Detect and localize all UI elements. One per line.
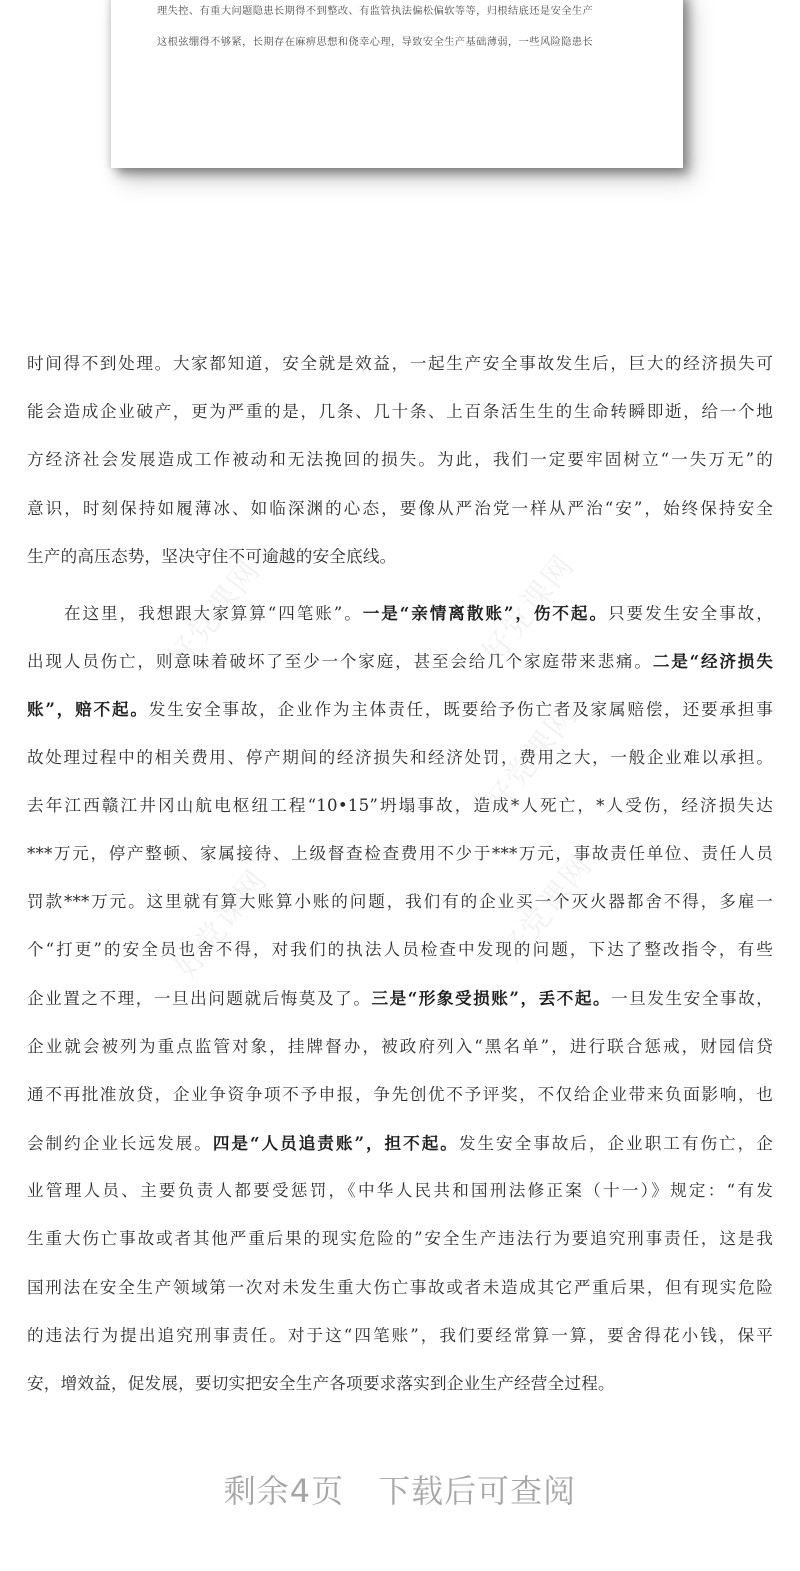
preview-text-line: 这根弦绷得不够紧，长期存在麻痹思想和侥幸心理，导致安全生产基础薄弱，一些风险隐患… (157, 36, 641, 50)
text-line: 安，增效益，促发展，要切实把安全生产各项要求落实到企业生产经营全过程。 (27, 1360, 773, 1408)
body-text: 业管理人员、主要负责人都要受惩罚，《中华人民共和国刑法修正案（十一）》规定：“有… (27, 1181, 773, 1200)
body-text: 时间得不到处理。大家都知道，安全就是效益，一起生产安全事故发生后，巨大的经济损失… (27, 354, 773, 373)
body-text: 能会造成企业破产，更为严重的是，几条、几十条、上百条活生生的生命转瞬即逝，给一个… (27, 402, 773, 421)
text-line: 意识，时刻保持如履薄冰、如临深渊的心态，要像从严治党一样从严治“安”，始终保持安… (27, 485, 773, 533)
remaining-pages-label: 剩余4页 (224, 1472, 344, 1510)
body-text: 出现人员伤亡，则意味着破坏了至少一个家庭，甚至会给几个家庭带来悲痛。 (27, 652, 653, 671)
text-line: 方经济社会发展造成工作被动和无法挽回的损失。为此，我们一定要牢固树立“一失万无”… (27, 436, 773, 484)
text-line: 企业置之不理，一旦出问题就后悔莫及了。三是“形象受损账”，丢不起。一旦发生安全事… (27, 974, 773, 1022)
bold-heading-text: 四是“人员追责账”，担不起。 (213, 1133, 459, 1153)
body-text: 企业置之不理，一旦出问题就后悔莫及了。 (27, 989, 371, 1008)
page-preview-card: 理失控、有重大问题隐患长期得不到整改、有监管执法偏松偏软等等，归根结底还是安全生… (111, 0, 683, 168)
preview-text-line: 理失控、有重大问题隐患长期得不到整改、有监管执法偏松偏软等等，归根结底还是安全生… (157, 5, 641, 19)
paragraph: 时间得不到处理。大家都知道，安全就是效益，一起生产安全事故发生后，巨大的经济损失… (27, 340, 773, 581)
body-text: 只要发生安全事故， (608, 604, 773, 623)
text-line: 企业就会被列为重点监管对象，挂牌督办，被政府列入“黑名单”，进行联合惩戒，财园信… (27, 1023, 773, 1071)
text-line: 业管理人员、主要负责人都要受惩罚，《中华人民共和国刑法修正案（十一）》规定：“有… (27, 1167, 773, 1215)
bold-heading-text: 账”，赔不起。 (27, 699, 149, 719)
body-text: 故处理过程中的相关费用、停产期间的经济损失和经济处罚，费用之大，一般企业难以承担… (27, 748, 773, 767)
body-text: 意识，时刻保持如履薄冰、如临深渊的心态，要像从严治党一样从严治“安”，始终保持安… (27, 499, 773, 518)
text-line: 国刑法在安全生产领域第一次对未发生重大伤亡事故或者未造成其它严重后果，但有现实危… (27, 1264, 773, 1312)
body-text: 生重大伤亡事故或者其他严重后果的现实危险的”安全生产违法行为要追究刑事责任，这是… (27, 1229, 773, 1248)
remaining-pages-prompt[interactable]: 剩余4页下载后可查阅 (0, 1466, 800, 1512)
body-text: 发生安全事故后，企业职工有伤亡，企 (459, 1134, 773, 1153)
body-text: 去年江西赣江井冈山航电枢纽工程“10•15”坍塌事故，造成*人死亡，*人受伤，经… (27, 796, 773, 815)
text-line: 个“打更”的安全员也舍不得，对我们的执法人员检查中发现的问题，下达了整改指令，有… (27, 926, 773, 974)
body-text: 安，增效益，促发展，要切实把安全生产各项要求落实到企业生产经营全过程。 (27, 1374, 615, 1393)
text-line: 账”，赔不起。发生安全事故，企业作为主体责任，既要给予伤亡者及家属赔偿，还要承担… (27, 685, 773, 733)
text-line: 会制约企业长远发展。四是“人员追责账”，担不起。发生安全事故后，企业职工有伤亡，… (27, 1119, 773, 1167)
article-body: 时间得不到处理。大家都知道，安全就是效益，一起生产安全事故发生后，巨大的经济损失… (27, 340, 773, 1408)
text-line: 在这里，我想跟大家算算“四笔账”。一是“亲情离散账”，伤不起。只要发生安全事故， (27, 589, 773, 637)
text-line: 去年江西赣江井冈山航电枢纽工程“10•15”坍塌事故，造成*人死亡，*人受伤，经… (27, 782, 773, 830)
body-text: 个“打更”的安全员也舍不得，对我们的执法人员检查中发现的问题，下达了整改指令，有… (27, 940, 773, 959)
body-text: 方经济社会发展造成工作被动和无法挽回的损失。为此，我们一定要牢固树立“一失万无”… (27, 450, 773, 469)
text-line: 时间得不到处理。大家都知道，安全就是效益，一起生产安全事故发生后，巨大的经济损失… (27, 340, 773, 388)
body-text: 会制约企业长远发展。 (27, 1134, 213, 1153)
text-line: 的违法行为提出追究刑事责任。对于这“四笔账”，我们要经常算一算，要舍得花小钱，保… (27, 1312, 773, 1360)
body-text: 生产的高压态势，坚决守住不可逾越的安全底线。 (27, 547, 396, 566)
body-text: 企业就会被列为重点监管对象，挂牌督办，被政府列入“黑名单”，进行联合惩戒，财园信… (27, 1037, 773, 1056)
text-line: 生重大伤亡事故或者其他严重后果的现实危险的”安全生产违法行为要追究刑事责任，这是… (27, 1215, 773, 1263)
bold-heading-text: 一是“亲情离散账”，伤不起。 (363, 603, 608, 623)
bold-heading-text: 二是“经济损失 (653, 651, 773, 671)
body-text: 的违法行为提出追究刑事责任。对于这“四笔账”，我们要经常算一算，要舍得花小钱，保… (27, 1326, 773, 1345)
text-line: 能会造成企业破产，更为严重的是，几条、几十条、上百条活生生的生命转瞬即逝，给一个… (27, 388, 773, 436)
body-text: 一旦发生安全事故， (611, 989, 773, 1008)
body-text: 通不再批准放贷，企业争资争项不予申报，争先创优不予评奖，不仅给企业带来负面影响，… (27, 1085, 773, 1104)
body-text: 国刑法在安全生产领域第一次对未发生重大伤亡事故或者未造成其它严重后果，但有现实危… (27, 1278, 773, 1297)
body-text: 发生安全事故，企业作为主体责任，既要给予伤亡者及家属赔偿，还要承担事 (149, 700, 773, 719)
download-to-view-label: 下载后可查阅 (378, 1472, 576, 1510)
paragraph: 在这里，我想跟大家算算“四笔账”。一是“亲情离散账”，伤不起。只要发生安全事故，… (27, 589, 773, 1408)
text-line: 通不再批准放贷，企业争资争项不予申报，争先创优不予评奖，不仅给企业带来负面影响，… (27, 1071, 773, 1119)
text-line: 故处理过程中的相关费用、停产期间的经济损失和经济处罚，费用之大，一般企业难以承担… (27, 734, 773, 782)
body-text: 在这里，我想跟大家算算“四笔账”。 (64, 604, 363, 623)
body-text: 罚款***万元。这里就有算大账算小账的问题，我们有的企业买一个灭火器都舍不得，多… (27, 892, 773, 911)
bold-heading-text: 三是“形象受损账”，丢不起。 (371, 988, 611, 1008)
text-line: ***万元，停产整顿、家属接待、上级督查检查费用不少于***万元，事故责任单位、… (27, 830, 773, 878)
text-line: 罚款***万元。这里就有算大账算小账的问题，我们有的企业买一个灭火器都舍不得，多… (27, 878, 773, 926)
body-text: ***万元，停产整顿、家属接待、上级督查检查费用不少于***万元，事故责任单位、… (27, 844, 773, 863)
text-line: 出现人员伤亡，则意味着破坏了至少一个家庭，甚至会给几个家庭带来悲痛。二是“经济损… (27, 637, 773, 685)
text-line: 生产的高压态势，坚决守住不可逾越的安全底线。 (27, 533, 773, 581)
